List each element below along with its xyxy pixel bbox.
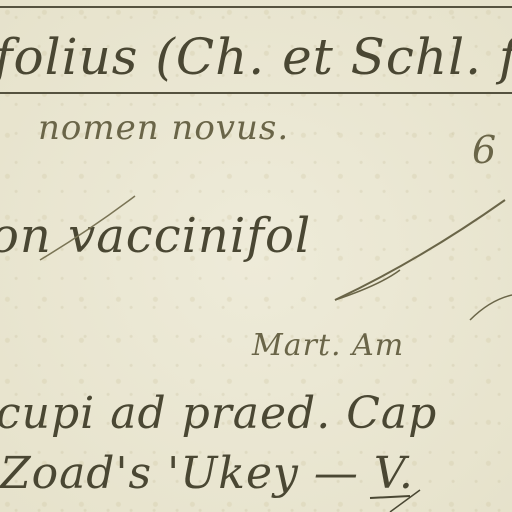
collector-abbrev: Mart. Am: [252, 328, 404, 363]
top-ruled-line: [0, 6, 512, 8]
nomen-novum-note: nomen novus.: [38, 108, 289, 148]
locality-line-2: Zoad's 'Ukey — V.: [0, 448, 414, 499]
handwritten-label: folius (Ch. et Schl. f nomen novus. 6 on…: [0, 0, 512, 512]
locality-line: cupi ad praed. Cap: [0, 388, 437, 439]
numeral-six: 6: [472, 128, 497, 172]
species-epithet-line: folius (Ch. et Schl. f: [0, 28, 512, 86]
underline-rule: [0, 92, 512, 94]
vacciniifolium-line: on vaccinifol: [0, 208, 311, 264]
